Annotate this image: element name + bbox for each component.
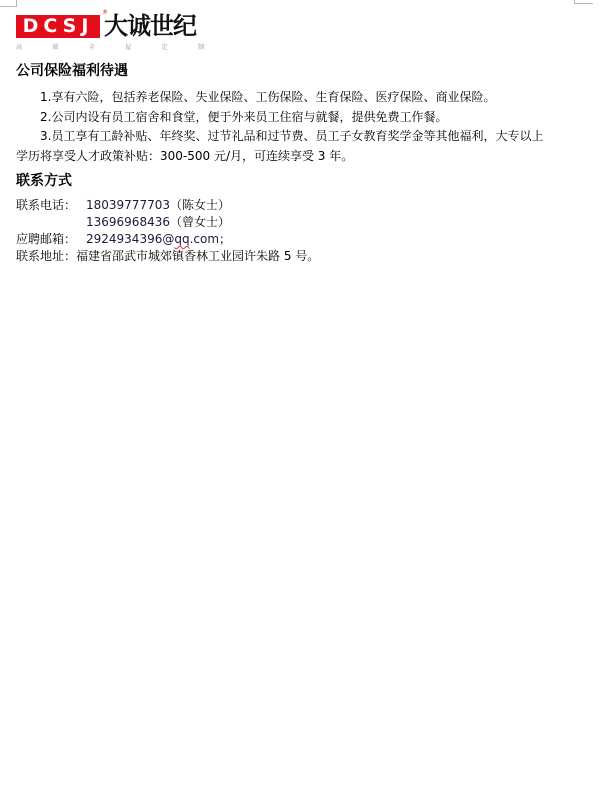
email-domain-spellcheck: qq bbox=[174, 232, 189, 246]
logo-latin-text: DCSJ bbox=[16, 15, 100, 38]
email-suffix: ； bbox=[219, 232, 231, 246]
phone-number[interactable]: 18039777703 bbox=[86, 198, 170, 212]
address-row: 联系地址：福建省邵武市城郊镇香林工业园许朱路 5 号。 bbox=[16, 248, 319, 264]
logo-chinese-text: 大诚世纪 bbox=[104, 13, 196, 40]
slogan-char: 屋 bbox=[125, 42, 131, 51]
page-corner-mark-top-left bbox=[0, 0, 17, 7]
slogan-char: 定 bbox=[162, 42, 168, 51]
phone-row: 联系电话： bbox=[16, 197, 76, 213]
email-row: 应聘邮箱： bbox=[16, 231, 76, 247]
benefit-item: 1.享有六险，包括养老保险、失业保险、工伤保险、生育保险、医疗保险、商业保险。 bbox=[40, 89, 495, 105]
email-label: 应聘邮箱： bbox=[16, 232, 76, 246]
contact-heading: 联系方式 bbox=[16, 172, 72, 190]
address-value: 福建省邵武市城郊镇香林工业园许朱路 5 号。 bbox=[76, 249, 319, 263]
page-corner-mark-top-right bbox=[574, 0, 593, 4]
slogan-char: 制 bbox=[198, 42, 204, 51]
slogan-char: 端 bbox=[52, 42, 58, 51]
logo-slogan: 高 端 全 屋 定 制 bbox=[16, 42, 204, 51]
benefit-item-continued: 学历将享受人才政策补贴：300-500 元/月，可连续享受 3 年。 bbox=[16, 148, 353, 164]
email-tld: .com bbox=[190, 232, 219, 246]
company-logo: DCSJ ® 大诚世纪 高 端 全 屋 定 制 bbox=[16, 12, 216, 54]
email-link[interactable]: 2924934396@qq.com； bbox=[86, 231, 231, 247]
address-label: 联系地址： bbox=[16, 249, 76, 263]
slogan-char: 全 bbox=[89, 42, 95, 51]
contact-name: （陈女士） bbox=[170, 198, 230, 212]
email-user: 2924934396@ bbox=[86, 232, 174, 246]
phone-entry: 18039777703（陈女士） bbox=[86, 197, 230, 213]
benefit-item: 2.公司内设有员工宿舍和食堂，便于外来员工住宿与就餐，提供免费工作餐。 bbox=[40, 109, 447, 125]
benefits-heading: 公司保险福利待遇 bbox=[16, 62, 128, 80]
phone-label: 联系电话： bbox=[16, 198, 76, 212]
benefit-item: 3.员工享有工龄补贴、年终奖、过节礼品和过节费、员工子女教育奖学金等其他福利，大… bbox=[40, 128, 543, 144]
phone-number[interactable]: 13696968436 bbox=[86, 215, 170, 229]
slogan-char: 高 bbox=[16, 42, 22, 51]
contact-name: （曾女士） bbox=[170, 215, 230, 229]
phone-entry: 13696968436（曾女士） bbox=[86, 214, 230, 230]
